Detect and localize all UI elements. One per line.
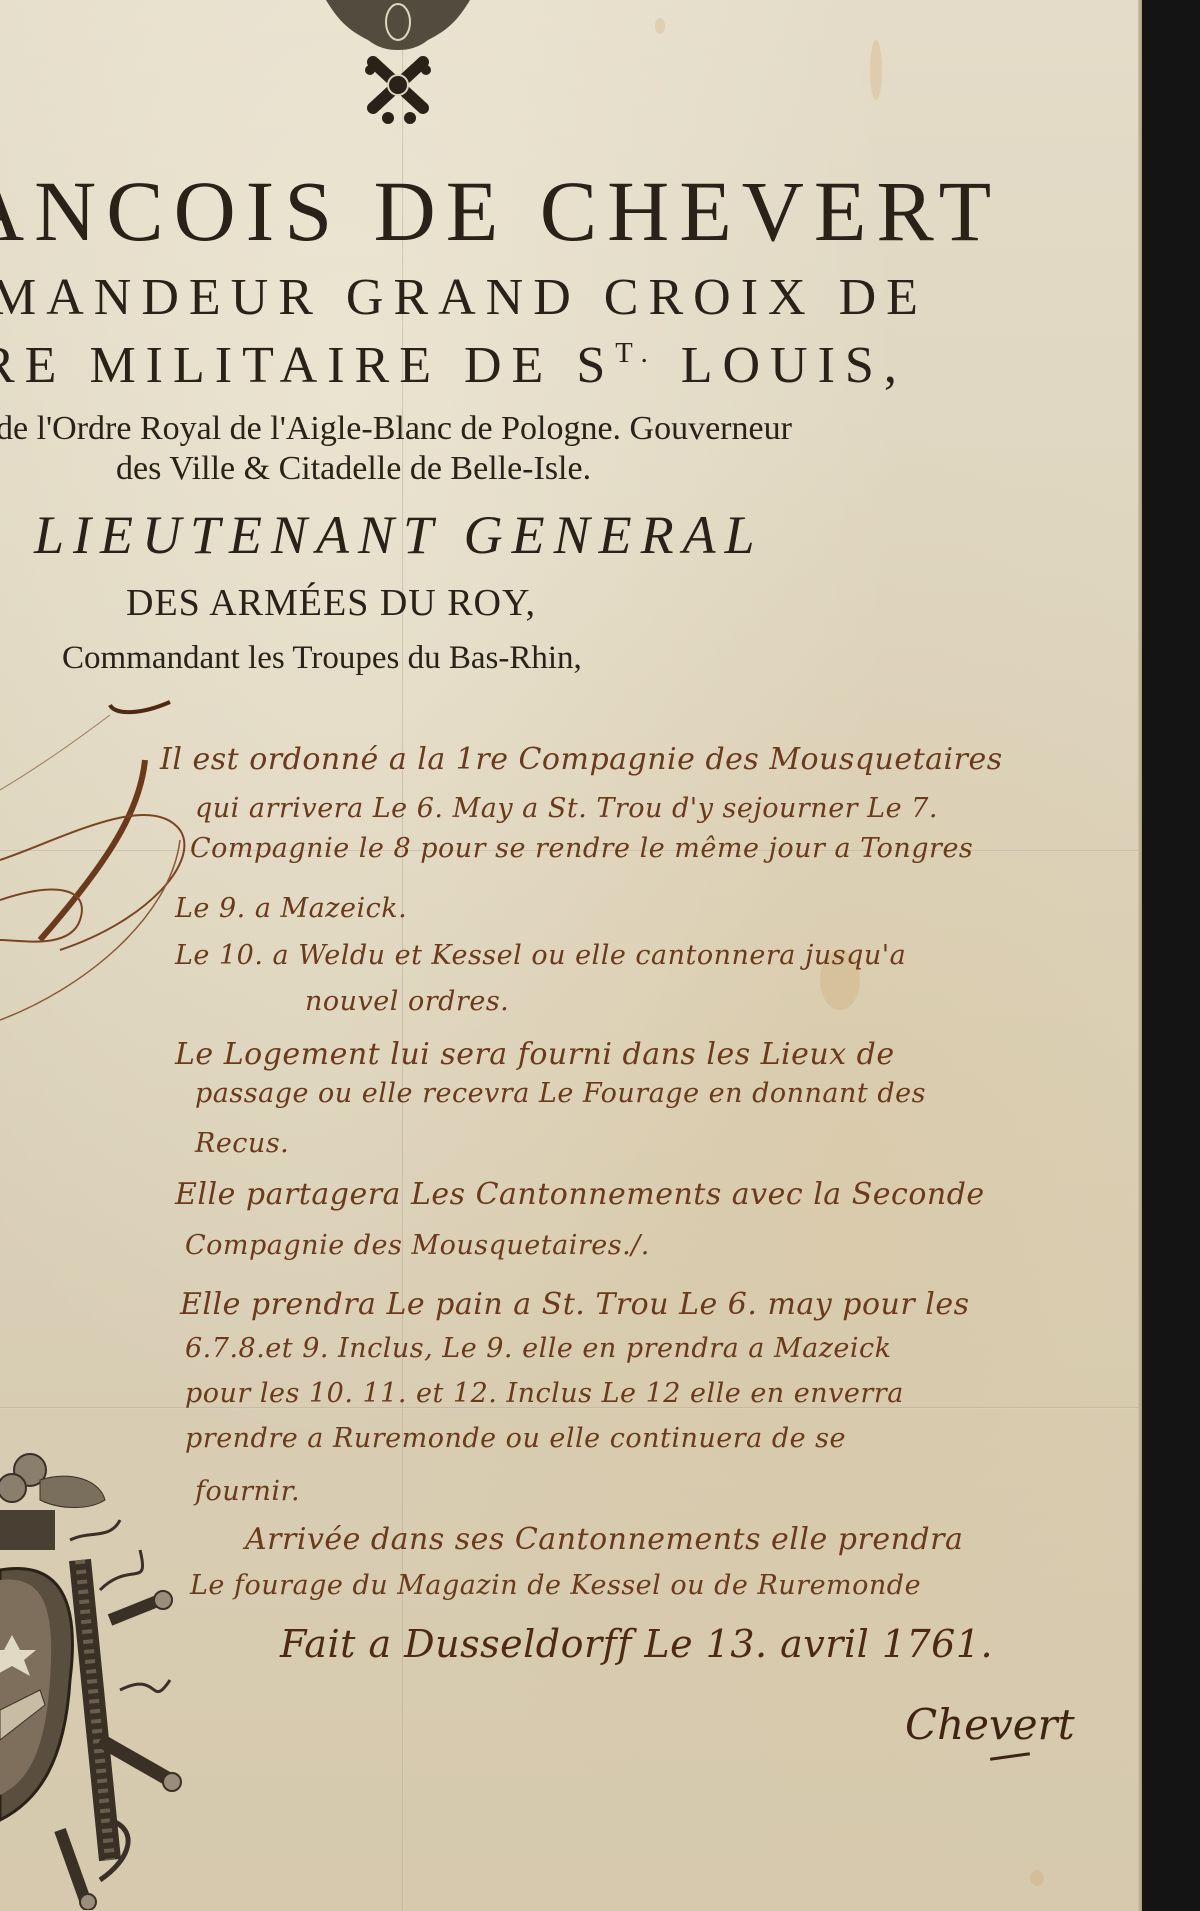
order-cross-ornament-icon	[318, 0, 478, 125]
manuscript-line-10: Elle partagera Les Cantonnements avec la…	[175, 1180, 985, 1210]
manuscript-line-8: passage ou elle recevra Le Fourage en do…	[195, 1080, 926, 1107]
signature-underline	[990, 1752, 1030, 1761]
manuscript-line-7: Le Logement lui sera fourni dans les Lie…	[175, 1040, 895, 1070]
manuscript-line-4: Le 9. a Mazeick.	[175, 895, 407, 922]
manuscript-line-5: Le 10. a Weldu et Kessel ou elle cantonn…	[175, 942, 906, 969]
line3-prefix: RE MILITAIRE DE S	[0, 337, 615, 394]
coat-of-arms-engraving-icon	[0, 1440, 240, 1910]
letterhead-line-belle-isle: des Ville & Citadelle de Belle-Isle.	[116, 452, 591, 486]
manuscript-line-9: Recus.	[195, 1130, 289, 1157]
manuscript-line-15: prendre a Ruremonde ou elle continuera d…	[185, 1425, 846, 1452]
signature-chevert: Chevert	[905, 1700, 1075, 1749]
foxing-stain	[655, 18, 665, 34]
foxing-stain	[1030, 1870, 1044, 1886]
foxing-stain	[870, 40, 882, 100]
document-paper: ANCOIS DE CHEVERT MANDEUR GRAND CROIX DE…	[0, 0, 1142, 1911]
letterhead-line-lieutenant-general: LIEUTENANT GENERAL	[34, 508, 764, 562]
manuscript-line-6: nouvel ordres.	[305, 988, 509, 1015]
manuscript-line-3: Compagnie le 8 pour se rendre le même jo…	[190, 835, 973, 862]
manuscript-line-1: Il est ordonné a la 1re Compagnie des Mo…	[160, 745, 1003, 775]
manuscript-closing-date: Fait a Dusseldorff Le 13. avril 1761.	[280, 1625, 993, 1663]
letterhead-line-bas-rhin: Commandant les Troupes du Bas-Rhin,	[62, 642, 582, 675]
line3-superscript: T.	[615, 338, 658, 369]
manuscript-line-17: Arrivée dans ses Cantonnements elle pren…	[245, 1525, 963, 1555]
manuscript-line-14: pour les 10. 11. et 12. Inclus Le 12 ell…	[185, 1380, 904, 1407]
manuscript-line-18: Le fourage du Magazin de Kessel ou de Ru…	[190, 1572, 921, 1599]
letterhead-line-armees-du-roy: DES ARMÉES DU ROY,	[126, 584, 536, 622]
letterhead-title: ANCOIS DE CHEVERT	[0, 168, 1001, 254]
manuscript-line-13: 6.7.8.et 9. Inclus, Le 9. elle en prendr…	[185, 1335, 892, 1362]
letterhead-line-ordre-militaire: RE MILITAIRE DE ST. LOUIS,	[0, 340, 907, 392]
manuscript-line-12: Elle prendra Le pain a St. Trou Le 6. ma…	[180, 1290, 970, 1320]
letterhead-line-commandeur: MANDEUR GRAND CROIX DE	[0, 272, 928, 324]
line3-suffix: LOUIS,	[658, 337, 907, 394]
letterhead-line-aigle-blanc: de l'Ordre Royal de l'Aigle-Blanc de Pol…	[0, 412, 792, 446]
manuscript-line-11: Compagnie des Mousquetaires./.	[185, 1232, 650, 1259]
manuscript-line-2: qui arrivera Le 6. May a St. Trou d'y se…	[195, 795, 938, 822]
